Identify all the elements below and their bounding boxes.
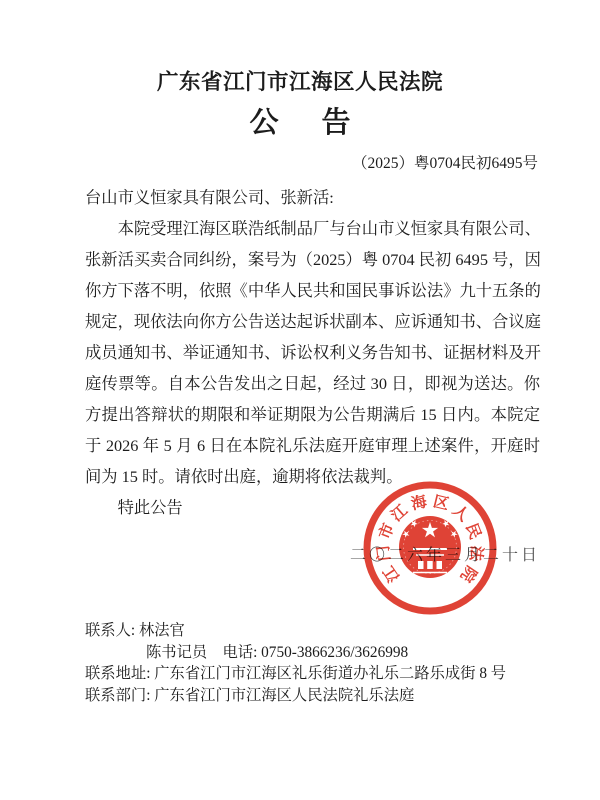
body-line: 你方下落不明，依照《中华人民共和国民事诉讼法》九十五条的: [85, 275, 540, 306]
body-line: 特此公告: [85, 492, 540, 523]
court-name: 广东省江门市江海区人民法院: [0, 0, 600, 95]
contact-line: 联系人: 林法官: [85, 620, 506, 642]
body-line: 方提出答辩状的期限和举证期限为公告期满后 15 日内。本院定: [85, 399, 540, 430]
seal-ring-char: 民: [462, 521, 485, 542]
document-title: 公 告: [0, 108, 600, 139]
contact-block: 联系人: 林法官陈书记员 电话: 0750-3866236/3626998联系地…: [85, 620, 506, 706]
contact-line: 联系部门: 广东省江门市江海区人民法院礼乐法庭: [85, 685, 506, 707]
body-line: 成员通知书、举证通知书、诉讼权利义务告知书、证据材料及开: [85, 337, 540, 368]
contact-line: 陈书记员 电话: 0750-3866236/3626998: [85, 642, 506, 664]
court-announcement-page: 广东省江门市江海区人民法院 公 告 （2025）粤0704民初6495号 台山市…: [0, 0, 600, 800]
seal-ring-char: 市: [374, 520, 397, 542]
issue-date: 二〇二六年三月二十日: [350, 547, 540, 565]
seal-ring-char: 江: [379, 562, 403, 586]
body-line: 庭传票等。自本公告发出之日起，经过 30 日，即视为送达。你: [85, 368, 540, 399]
body-line: 于 2026 年 5 月 6 日在本院礼乐法庭开庭审理上述案件，开庭时: [85, 430, 540, 461]
case-number: （2025）粤0704民初6495号: [0, 155, 600, 172]
body-line: 规定，现依法向你方公告送达起诉状副本、应诉通知书、合议庭: [85, 306, 540, 337]
body-text: 台山市义恒家具有限公司、张新活: 本院受理江海区联浩纸制品厂与台山市义恒家具有限…: [85, 182, 540, 523]
body-line: 张新活买卖合同纠纷，案号为（2025）粤 0704 民初 6495 号，因: [85, 244, 540, 275]
body-line: 台山市义恒家具有限公司、张新活:: [85, 182, 540, 213]
contact-line: 联系地址: 广东省江门市江海区礼乐街道办礼乐二路乐成街 8 号: [85, 663, 506, 685]
body-line: 间为 15 时。请依时出庭，逾期将依法裁判。: [85, 461, 540, 492]
body-line: 本院受理江海区联浩纸制品厂与台山市义恒家具有限公司、: [85, 213, 540, 244]
seal-ring-char: 院: [456, 563, 481, 587]
